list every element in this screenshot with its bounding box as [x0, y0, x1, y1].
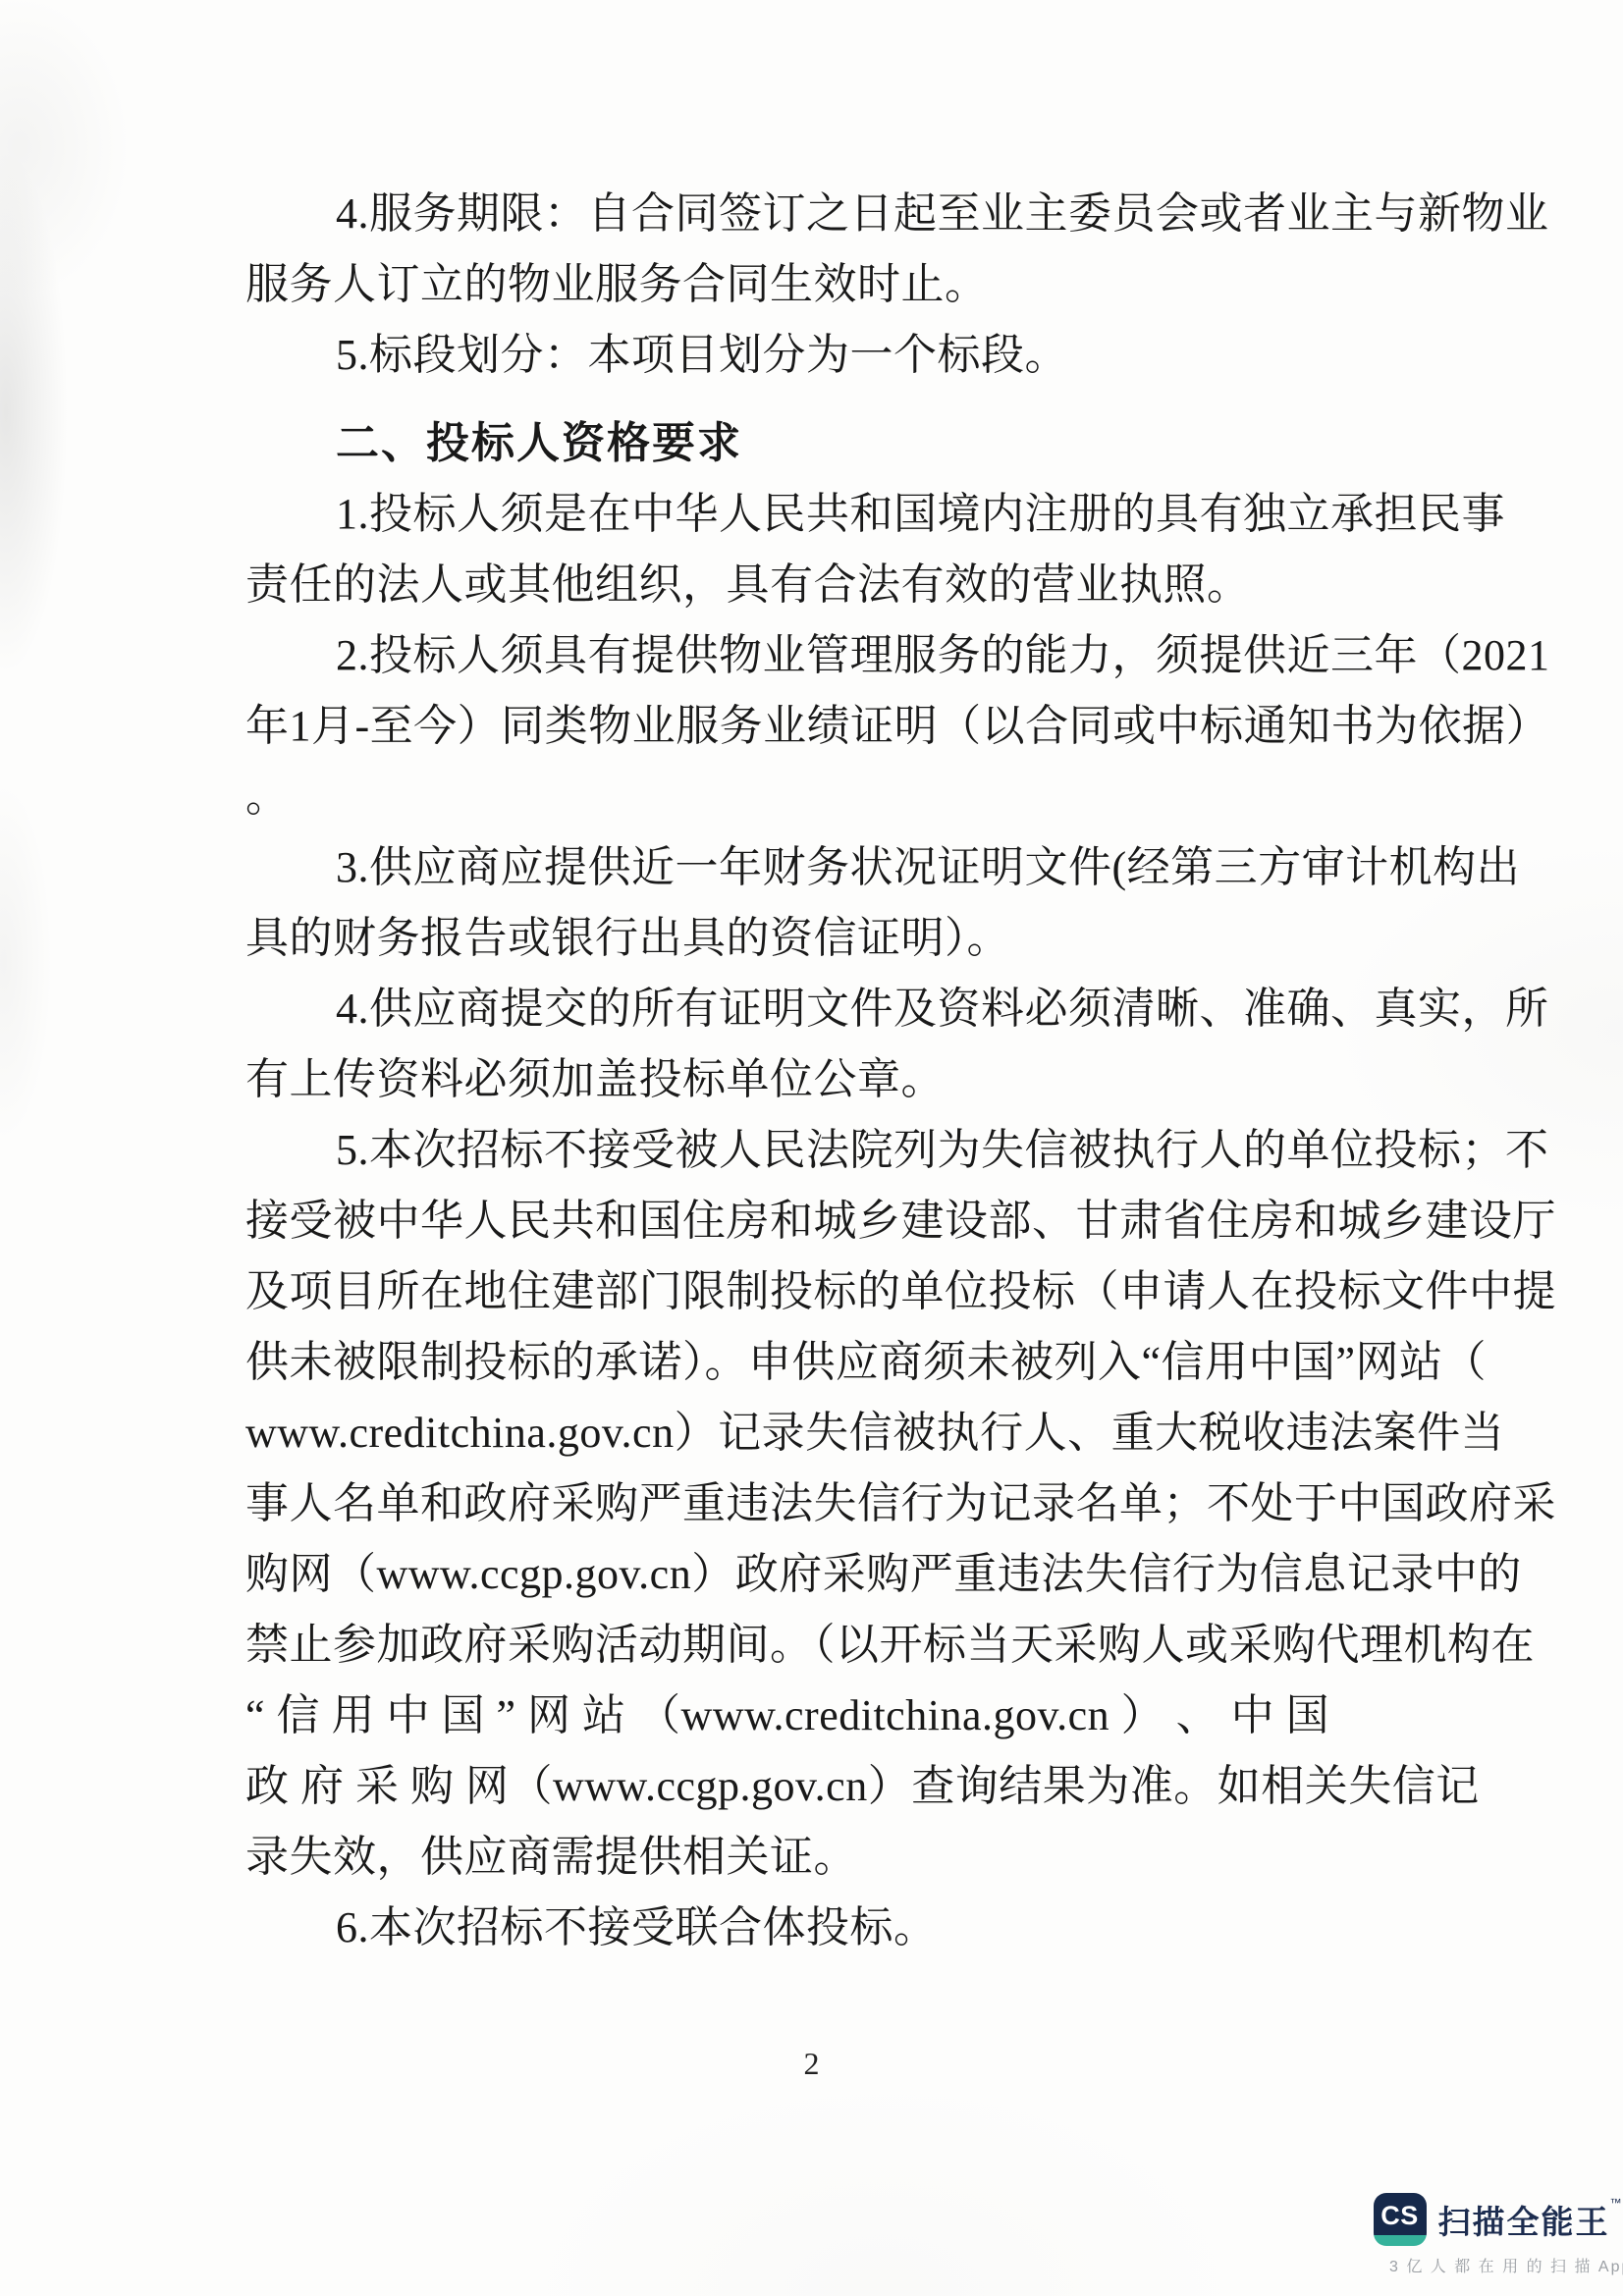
text-line: 2.投标人须具有提供物业管理服务的能力，须提供近三年（2021 — [245, 620, 1394, 691]
text-line: 4.服务期限：自合同签订之日起至业主委员会或者业主与新物业 — [245, 179, 1394, 249]
text-line: 政 府 采 购 网（www.ccgp.gov.cn）查询结果为准。如相关失信记 — [245, 1751, 1394, 1822]
text-line: 责任的法人或其他组织，具有合法有效的营业执照。 — [245, 550, 1394, 620]
watermark-tagline: 3 亿 人 都 在 用 的 扫 描 App — [1389, 2254, 1607, 2276]
text-line: 5.本次招标不接受被人民法院列为失信被执行人的单位投标；不 — [245, 1115, 1394, 1186]
text-line: 1.投标人须是在中华人民共和国境内注册的具有独立承担民事 — [245, 479, 1394, 550]
watermark-app-name: 扫描全能王™ — [1438, 2197, 1623, 2243]
text-line: 有上传资料必须加盖投标单位公章。 — [245, 1044, 1394, 1115]
text-line: “ 信 用 中 国 ” 网 站 （www.creditchina.gov.cn … — [245, 1681, 1394, 1751]
text-line: 4.供应商提交的所有证明文件及资料必须清晰、准确、真实，所 — [245, 974, 1394, 1044]
text-line: 6.本次招标不接受联合体投标。 — [245, 1893, 1394, 1963]
text-line: 服务人订立的物业服务合同生效时止。 — [245, 249, 1394, 320]
text-line: www.creditchina.gov.cn）记录失信被执行人、重大税收违法案件… — [245, 1398, 1394, 1468]
scanned-page: 4.服务期限：自合同签订之日起至业主委员会或者业主与新物业服务人订立的物业服务合… — [0, 0, 1623, 2296]
text-line: 。 — [245, 762, 1394, 832]
text-line: 事人名单和政府采购严重违法失信行为记录名单；不处于中国政府采 — [245, 1468, 1394, 1539]
text-line: 3.供应商应提供近一年财务状况证明文件(经第三方审计机构出 — [245, 832, 1394, 903]
text-line: 5.标段划分：本项目划分为一个标段。 — [245, 320, 1394, 391]
document-body: 4.服务期限：自合同签订之日起至业主委员会或者业主与新物业服务人订立的物业服务合… — [245, 179, 1394, 1963]
text-line: 接受被中华人民共和国住房和城乡建设部、甘肃省住房和城乡建设厅 — [245, 1186, 1394, 1256]
page-number: 2 — [0, 2044, 1623, 2083]
text-line: 购网（www.ccgp.gov.cn）政府采购严重违法失信行为信息记录中的 — [245, 1539, 1394, 1610]
camscanner-logo-icon: CS — [1374, 2193, 1427, 2246]
section-heading: 二、投标人资格要求 — [245, 408, 1394, 479]
watermark-app-name-text: 扫描全能王 — [1438, 2204, 1610, 2240]
watermark-row: CS 扫描全能王™ — [1389, 2193, 1607, 2246]
text-line: 具的财务报告或银行出具的资信证明）。 — [245, 903, 1394, 974]
text-line: 及项目所在地住建部门限制投标的单位投标（申请人在投标文件中提 — [245, 1256, 1394, 1327]
text-line: 禁止参加政府采购活动期间。（以开标当天采购人或采购代理机构在 — [245, 1610, 1394, 1681]
trademark-symbol: ™ — [1610, 2196, 1623, 2210]
text-line: 录失效，供应商需提供相关证。 — [245, 1822, 1394, 1893]
text-line: 供未被限制投标的承诺）。申供应商须未被列入“信用中国”网站（ — [245, 1327, 1394, 1398]
text-line: 年1月-至今）同类物业服务业绩证明（以合同或中标通知书为依据） — [245, 691, 1394, 762]
camscanner-watermark: CS 扫描全能王™ 3 亿 人 都 在 用 的 扫 描 App — [1389, 2193, 1607, 2276]
